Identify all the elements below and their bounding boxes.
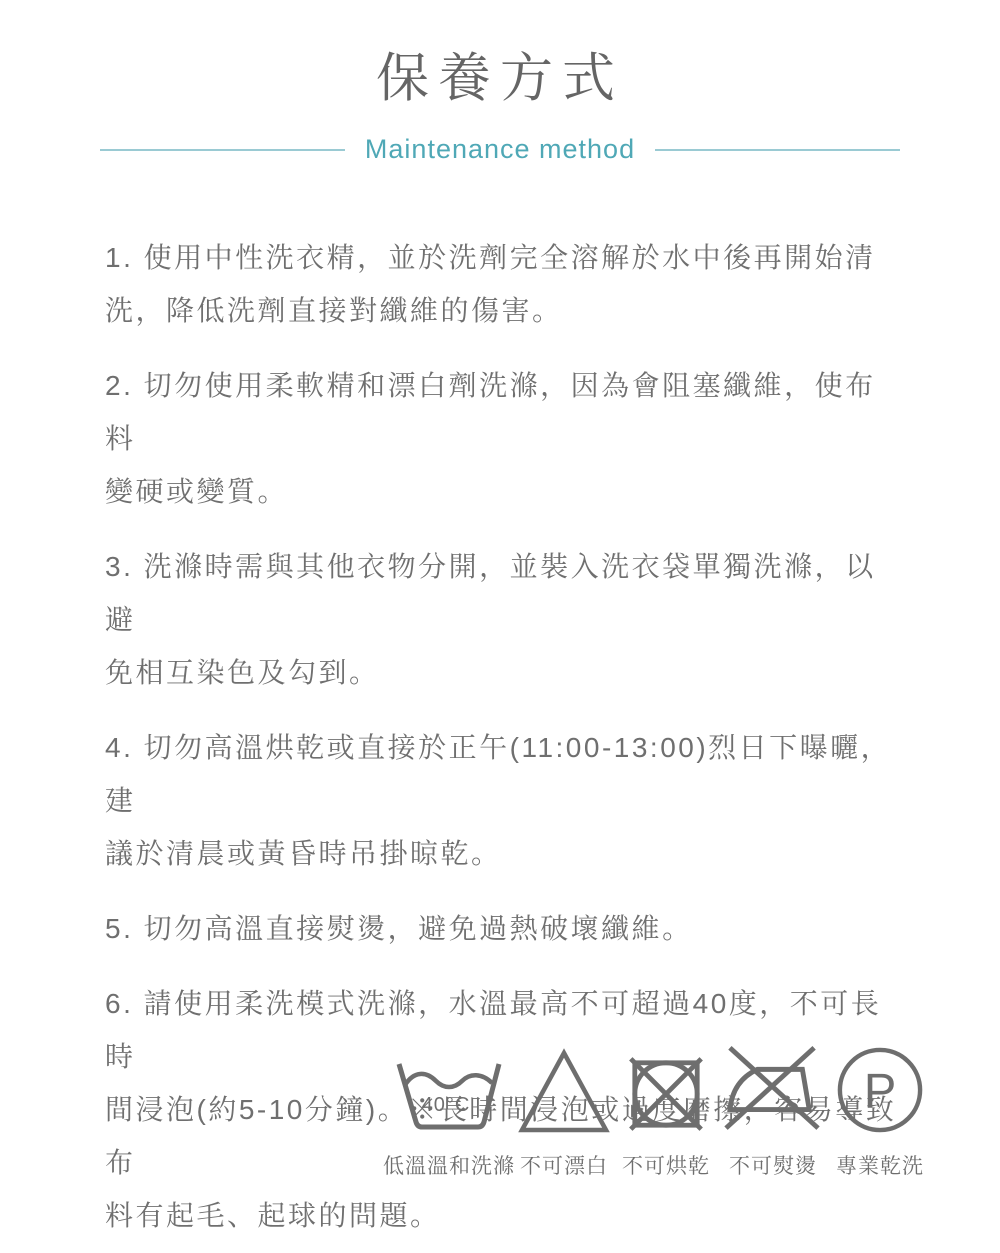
subtitle-row: Maintenance method (100, 134, 900, 165)
care-instructions-page: 保養方式 Maintenance method 1. 使用中性洗衣精，並於洗劑完… (0, 0, 1000, 1253)
care-symbol-no-tumble-dry: 不可烘乾 (616, 1042, 716, 1180)
page-subtitle: Maintenance method (365, 134, 635, 165)
care-symbol-label: 專業乾洗 (836, 1150, 924, 1180)
wash-tub-40c-icon: 40°C (393, 1042, 505, 1134)
instruction-item-2: 2. 切勿使用柔軟精和漂白劑洗滌，因為會阻塞纖維，使布料 變硬或變質。 (105, 359, 900, 518)
page-header: 保養方式 Maintenance method (0, 0, 1000, 165)
dry-clean-icon: P (836, 1042, 924, 1134)
care-symbol-no-iron: 不可熨燙 (716, 1042, 830, 1180)
care-symbol-label: 不可烘乾 (622, 1150, 710, 1180)
instruction-item-4: 4. 切勿高溫烘乾或直接於正午(11:00-13:00)烈日下曝曬，建 議於清晨… (105, 721, 900, 880)
subtitle-right-divider (655, 149, 900, 151)
subtitle-left-divider (100, 149, 345, 151)
bleach-triangle-icon (518, 1042, 610, 1134)
care-symbol-label: 不可熨燙 (729, 1150, 817, 1180)
care-symbol-label: 低溫溫和洗滌 (383, 1150, 515, 1180)
care-symbols-row: 40°C 低溫溫和洗滌 不可漂白 不可烘乾 (386, 1042, 930, 1180)
page-title: 保養方式 (0, 50, 1000, 108)
care-symbol-dry-clean: P 專業乾洗 (830, 1042, 930, 1180)
care-symbol-wash-40: 40°C 低溫溫和洗滌 (386, 1042, 512, 1180)
wash-temperature-text: 40°C (422, 1094, 471, 1116)
instruction-item-1: 1. 使用中性洗衣精，並於洗劑完全溶解於水中後再開始清 洗，降低洗劑直接對纖維的… (105, 231, 900, 337)
no-tumble-dry-icon (626, 1042, 706, 1134)
no-iron-icon (718, 1042, 828, 1134)
dry-clean-p-text: P (864, 1065, 897, 1119)
care-symbol-bleach: 不可漂白 (512, 1042, 616, 1180)
instruction-item-3: 3. 洗滌時需與其他衣物分開，並裝入洗衣袋單獨洗滌，以避 免相互染色及勾到。 (105, 540, 900, 699)
instruction-item-5: 5. 切勿高溫直接熨燙，避免過熱破壞纖維。 (105, 902, 900, 955)
care-symbol-label: 不可漂白 (520, 1150, 608, 1180)
